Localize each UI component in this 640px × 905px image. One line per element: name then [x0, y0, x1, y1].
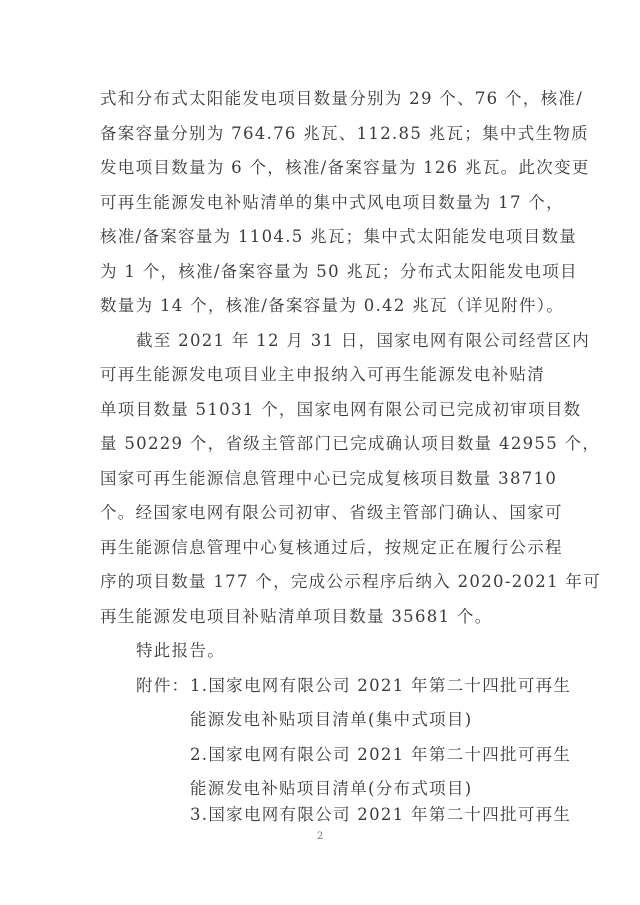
paragraph-line: 核准/备案容量为 1104.5 兆瓦；集中式太阳能发电项目数量	[100, 227, 542, 247]
attachments-label: 附件：	[136, 676, 196, 696]
paragraph-line: 序的项目数量 177 个，完成公示程序后纳入 2020-2021 年可	[100, 572, 542, 592]
paragraph-line: 再生能源发电项目补贴清单项目数量 35681 个。	[100, 607, 542, 627]
closing-text: 特此报告。	[136, 641, 542, 661]
attachment-item-3: 3.国家电网有限公司 2021 年第二十四批可再生	[190, 805, 542, 825]
paragraph-line: 数量为 14 个，核准/备案容量为 0.42 兆瓦（详见附件）。	[100, 296, 542, 316]
paragraph-line: 式和分布式太阳能发电项目数量分别为 29 个、76 个，核准/	[100, 89, 542, 109]
paragraph-line: 可再生能源发电项目业主申报纳入可再生能源发电补贴清	[100, 365, 542, 385]
paragraph-line: 单项目数量 51031 个，国家电网有限公司已完成初审项目数	[100, 400, 542, 420]
document-page: 式和分布式太阳能发电项目数量分别为 29 个、76 个，核准/ 备案容量分别为 …	[0, 0, 640, 905]
paragraph-line: 个。经国家电网有限公司初审、省级主管部门确认、国家可	[100, 503, 542, 523]
attachment-item-2: 2.国家电网有限公司 2021 年第二十四批可再生	[190, 745, 542, 765]
paragraph-line: 可再生能源发电补贴清单的集中式风电项目数量为 17 个，	[100, 193, 542, 213]
paragraph-line: 为 1 个，核准/备案容量为 50 兆瓦；分布式太阳能发电项目	[100, 262, 542, 282]
paragraph-line: 截至 2021 年 12 月 31 日，国家电网有限公司经营区内	[136, 331, 542, 351]
paragraph-line: 发电项目数量为 6 个，核准/备案容量为 126 兆瓦。此次变更	[100, 158, 542, 178]
paragraph-line: 量 50229 个，省级主管部门已完成确认项目数量 42955 个，	[100, 434, 542, 454]
paragraph-line: 备案容量分别为 764.76 兆瓦、112.85 兆瓦；集中式生物质	[100, 124, 542, 144]
page-number: 2	[0, 831, 640, 842]
attachment-item-2-cont: 能源发电补贴项目清单(分布式项目)	[190, 779, 542, 799]
attachment-item-1-cont: 能源发电补贴项目清单(集中式项目)	[190, 710, 542, 730]
paragraph-line: 国家可再生能源信息管理中心已完成复核项目数量 38710	[100, 469, 542, 489]
attachment-item-1: 1.国家电网有限公司 2021 年第二十四批可再生	[190, 676, 542, 696]
paragraph-line: 再生能源信息管理中心复核通过后，按规定正在履行公示程	[100, 538, 542, 558]
